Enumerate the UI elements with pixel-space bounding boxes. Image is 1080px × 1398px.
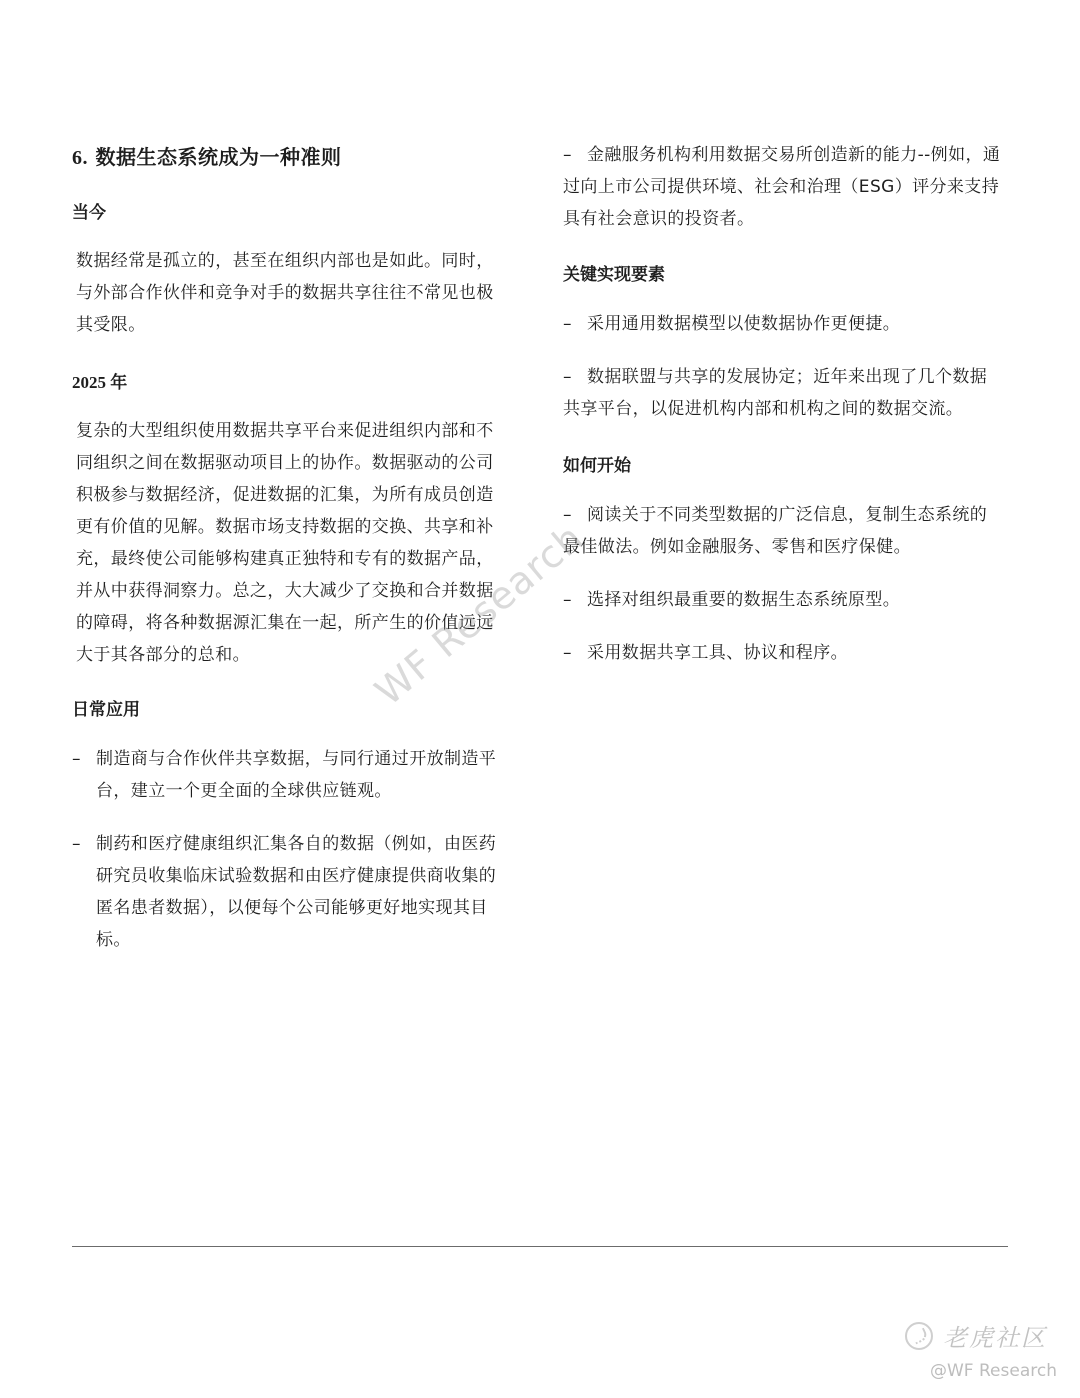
dash-bullet: –: [563, 308, 587, 340]
text-line: 台，建立一个更全面的全球供应链观。: [72, 775, 496, 807]
text-line: 其受限。: [76, 309, 494, 341]
text-line: 金融服务机构利用数据交易所创造新的能力--例如，通: [587, 145, 1000, 165]
dash-bullet: –: [563, 637, 587, 669]
text-line: 积极参与数据经济，促进数据的汇集，为所有成员创造: [76, 479, 494, 511]
tiger-logo-icon: [905, 1322, 933, 1350]
list-item: –选择对组织最重要的数据生态系统原型。: [563, 584, 900, 616]
heading-2025: 2025 年: [72, 368, 127, 393]
text-line: 采用通用数据模型以使数据协作更便捷。: [587, 314, 900, 334]
list-item: –金融服务机构利用数据交易所创造新的能力--例如，通 过向上市公司提供环境、社会…: [563, 139, 1000, 235]
footer-logo: 老虎社区: [905, 1318, 1047, 1353]
text-line: 数据经常是孤立的，甚至在组织内部也是如此。同时，: [76, 245, 494, 277]
heading-how-to-start: 如何开始: [563, 451, 631, 476]
dash-bullet: –: [563, 139, 587, 171]
dash-bullet: –: [563, 584, 587, 616]
heading-today: 当今: [72, 198, 106, 223]
dash-bullet: –: [563, 361, 587, 393]
text-line: 充，最终使公司能够构建真正独特和专有的数据产品，: [76, 543, 494, 575]
list-item: –采用数据共享工具、协议和程序。: [563, 637, 848, 669]
paragraph-today: 数据经常是孤立的，甚至在组织内部也是如此。同时， 与外部合作伙伴和竞争对手的数据…: [76, 245, 494, 341]
list-item: –制药和医疗健康组织汇集各自的数据（例如，由医药 研究员收集临床试验数据和由医疗…: [72, 828, 496, 956]
text-line: 匿名患者数据），以便每个公司能够更好地实现其目: [72, 892, 496, 924]
list-item: –采用通用数据模型以使数据协作更便捷。: [563, 308, 900, 340]
footer-handle: @WF Research: [930, 1361, 1057, 1381]
footer-divider: [72, 1246, 1008, 1247]
text-line: 具有社会意识的投资者。: [563, 203, 1000, 235]
text-line: 共享平台，以促进机构内部和机构之间的数据交流。: [563, 393, 987, 425]
dash-bullet: –: [72, 828, 96, 860]
heading-key-enablers: 关键实现要素: [563, 260, 665, 285]
section-number: 6.: [72, 147, 88, 169]
text-line: 制造商与合作伙伴共享数据，与同行通过开放制造平: [96, 749, 496, 769]
text-line: 并从中获得洞察力。总之，大大减少了交换和合并数据: [76, 575, 494, 607]
text-line: 制药和医疗健康组织汇集各自的数据（例如，由医药: [96, 834, 496, 854]
text-line: 数据联盟与共享的发展协定；近年来出现了几个数据: [587, 367, 987, 387]
text-line: 研究员收集临床试验数据和由医疗健康提供商收集的: [72, 860, 496, 892]
text-line: 更有价值的见解。数据市场支持数据的交换、共享和补: [76, 511, 494, 543]
text-line: 选择对组织最重要的数据生态系统原型。: [587, 590, 900, 610]
text-line: 过向上市公司提供环境、社会和治理（ESG）评分来支持: [563, 171, 1000, 203]
text-line: 阅读关于不同类型数据的广泛信息，复制生态系统的: [587, 505, 987, 525]
text-line: 最佳做法。例如金融服务、零售和医疗保健。: [563, 531, 987, 563]
text-line: 标。: [72, 924, 496, 956]
text-line: 同组织之间在数据驱动项目上的协作。数据驱动的公司: [76, 447, 494, 479]
list-item: –阅读关于不同类型数据的广泛信息，复制生态系统的 最佳做法。例如金融服务、零售和…: [563, 499, 987, 563]
text-line: 采用数据共享工具、协议和程序。: [587, 643, 848, 663]
section-title: 6. 数据生态系统成为一种准则: [72, 141, 341, 170]
section-title-text: 数据生态系统成为一种准则: [95, 145, 341, 169]
heading-daily-use: 日常应用: [72, 695, 140, 720]
list-item: –制造商与合作伙伴共享数据，与同行通过开放制造平 台，建立一个更全面的全球供应链…: [72, 743, 496, 807]
list-item: –数据联盟与共享的发展协定；近年来出现了几个数据 共享平台，以促进机构内部和机构…: [563, 361, 987, 425]
text-line: 复杂的大型组织使用数据共享平台来促进组织内部和不: [76, 415, 494, 447]
logo-text: 老虎社区: [943, 1318, 1047, 1353]
dash-bullet: –: [72, 743, 96, 775]
text-line: 与外部合作伙伴和竞争对手的数据共享往往不常见也极: [76, 277, 494, 309]
